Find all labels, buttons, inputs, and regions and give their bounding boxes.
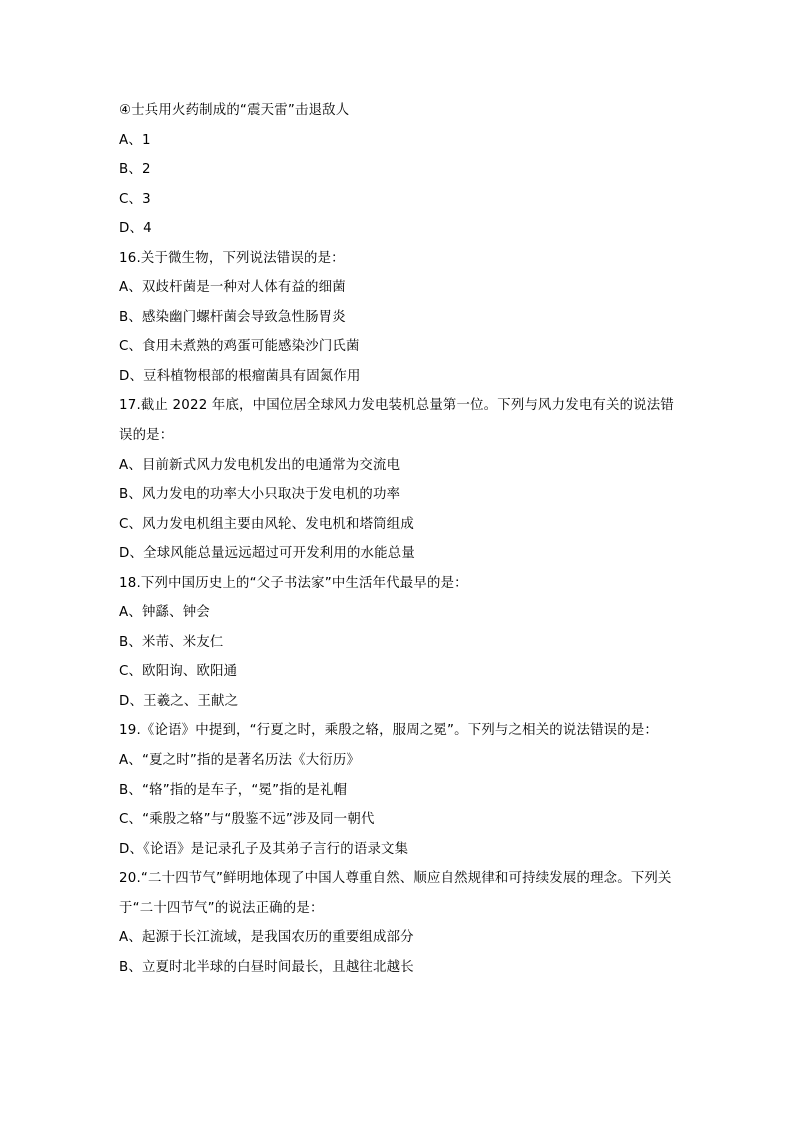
q16-option-c: C、食用未煮熟的鸡蛋可能感染沙门氏菌 [119,332,689,362]
q17-option-d: D、全球风能总量远远超过可开发利用的水能总量 [119,539,689,569]
q20-option-a: A、起源于长江流域，是我国农历的重要组成部分 [119,923,689,953]
q15-option-d: D、4 [119,214,689,244]
document-page: ④士兵用火药制成的“震天雷”击退敌人 A、1 B、2 C、3 D、4 16.关于… [119,96,689,982]
q18-option-c: C、欧阳询、欧阳通 [119,657,689,687]
q17-option-b: B、风力发电的功率大小只取决于发电机的功率 [119,480,689,510]
q19-stem: 19.《论语》中提到，“行夏之时，乘殷之辂，服周之冕”。下列与之相关的说法错误的… [119,716,689,746]
q17-option-c: C、风力发电机组主要由风轮、发电机和塔筒组成 [119,510,689,540]
q15-option-a: A、1 [119,126,689,156]
q19-option-b: B、“辂”指的是车子，“冕”指的是礼帽 [119,776,689,806]
q19-option-c: C、“乘殷之辂”与“殷鉴不远”涉及同一朝代 [119,805,689,835]
q18-option-a: A、钟繇、钟会 [119,598,689,628]
q19-option-d: D、《论语》是记录孔子及其弟子言行的语录文集 [119,835,689,865]
item-4-text: ④士兵用火药制成的“震天雷”击退敌人 [119,96,689,126]
q15-option-c: C、3 [119,185,689,215]
q17-option-a: A、目前新式风力发电机发出的电通常为交流电 [119,451,689,481]
q16-option-d: D、豆科植物根部的根瘤菌具有固氮作用 [119,362,689,392]
q16-stem: 16.关于微生物，下列说法错误的是： [119,244,689,274]
q18-option-b: B、米芾、米友仁 [119,628,689,658]
q20-option-b: B、立夏时北半球的白昼时间最长，且越往北越长 [119,953,689,983]
q19-option-a: A、“夏之时”指的是著名历法《大衍历》 [119,746,689,776]
q20-stem-line2: 于“二十四节气”的说法正确的是： [119,894,689,924]
q17-stem-line1: 17.截止 2022 年底，中国位居全球风力发电装机总量第一位。下列与风力发电有… [119,391,689,421]
q15-option-b: B、2 [119,155,689,185]
q16-option-a: A、双歧杆菌是一种对人体有益的细菌 [119,273,689,303]
q16-option-b: B、感染幽门螺杆菌会导致急性肠胃炎 [119,303,689,333]
q17-stem-line2: 误的是： [119,421,689,451]
q18-stem: 18.下列中国历史上的“父子书法家”中生活年代最早的是： [119,569,689,599]
q20-stem-line1: 20.“二十四节气”鲜明地体现了中国人尊重自然、顺应自然规律和可持续发展的理念。… [119,864,689,894]
q18-option-d: D、王羲之、王献之 [119,687,689,717]
